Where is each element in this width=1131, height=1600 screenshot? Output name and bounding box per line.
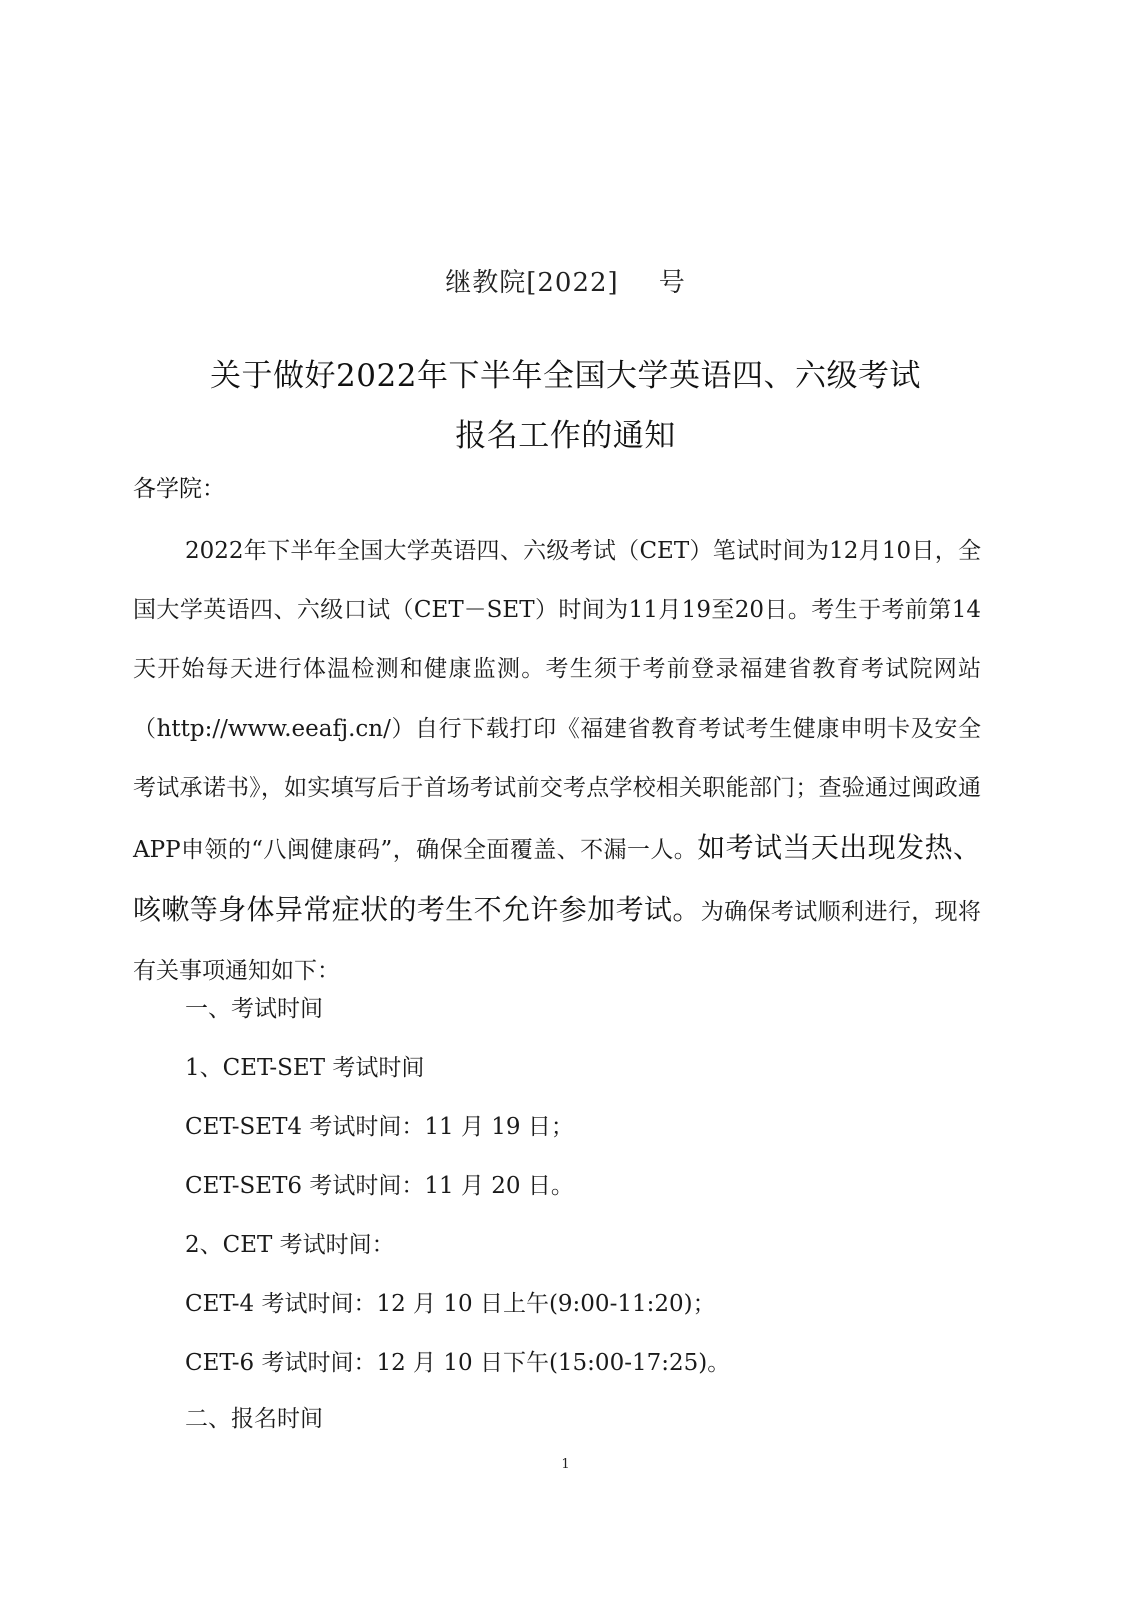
page-number: 1	[0, 1457, 1131, 1472]
section-heading-registration-time: 二、报名时间	[185, 1400, 323, 1433]
cet-set6-time: CET-SET6 考试时间：11 月 20 日。	[185, 1167, 574, 1200]
document-page: 继教院[2022]号 关于做好2022年下半年全国大学英语四、六级考试 报名工作…	[0, 0, 1131, 1600]
document-title-line-1: 关于做好2022年下半年全国大学英语四、六级考试	[0, 350, 1131, 395]
subsection-heading-cet: 2、CET 考试时间：	[185, 1226, 395, 1259]
cet4-time: CET-4 考试时间：12 月 10 日上午(9:00-11:20)；	[185, 1285, 716, 1318]
subsection-heading-cet-set: 1、CET-SET 考试时间	[185, 1049, 424, 1082]
salutation: 各学院：	[133, 470, 225, 503]
document-number: 继教院[2022]号	[0, 262, 1131, 299]
intro-text: 2022年下半年全国大学英语四、六级考试（CET）笔试时间为12月10日，全国大…	[133, 538, 981, 863]
cet6-time: CET-6 考试时间：12 月 10 日下午(15:00-17:25)。	[185, 1344, 730, 1377]
cet-set4-time: CET-SET4 考试时间：11 月 19 日；	[185, 1108, 574, 1141]
section-heading-exam-time: 一、考试时间	[185, 990, 323, 1023]
document-number-suffix: 号	[659, 268, 686, 298]
intro-paragraph: 2022年下半年全国大学英语四、六级考试（CET）笔试时间为12月10日，全国大…	[133, 522, 981, 1002]
document-title-line-2: 报名工作的通知	[0, 410, 1131, 455]
document-number-prefix: 继教院[2022]	[445, 268, 618, 298]
